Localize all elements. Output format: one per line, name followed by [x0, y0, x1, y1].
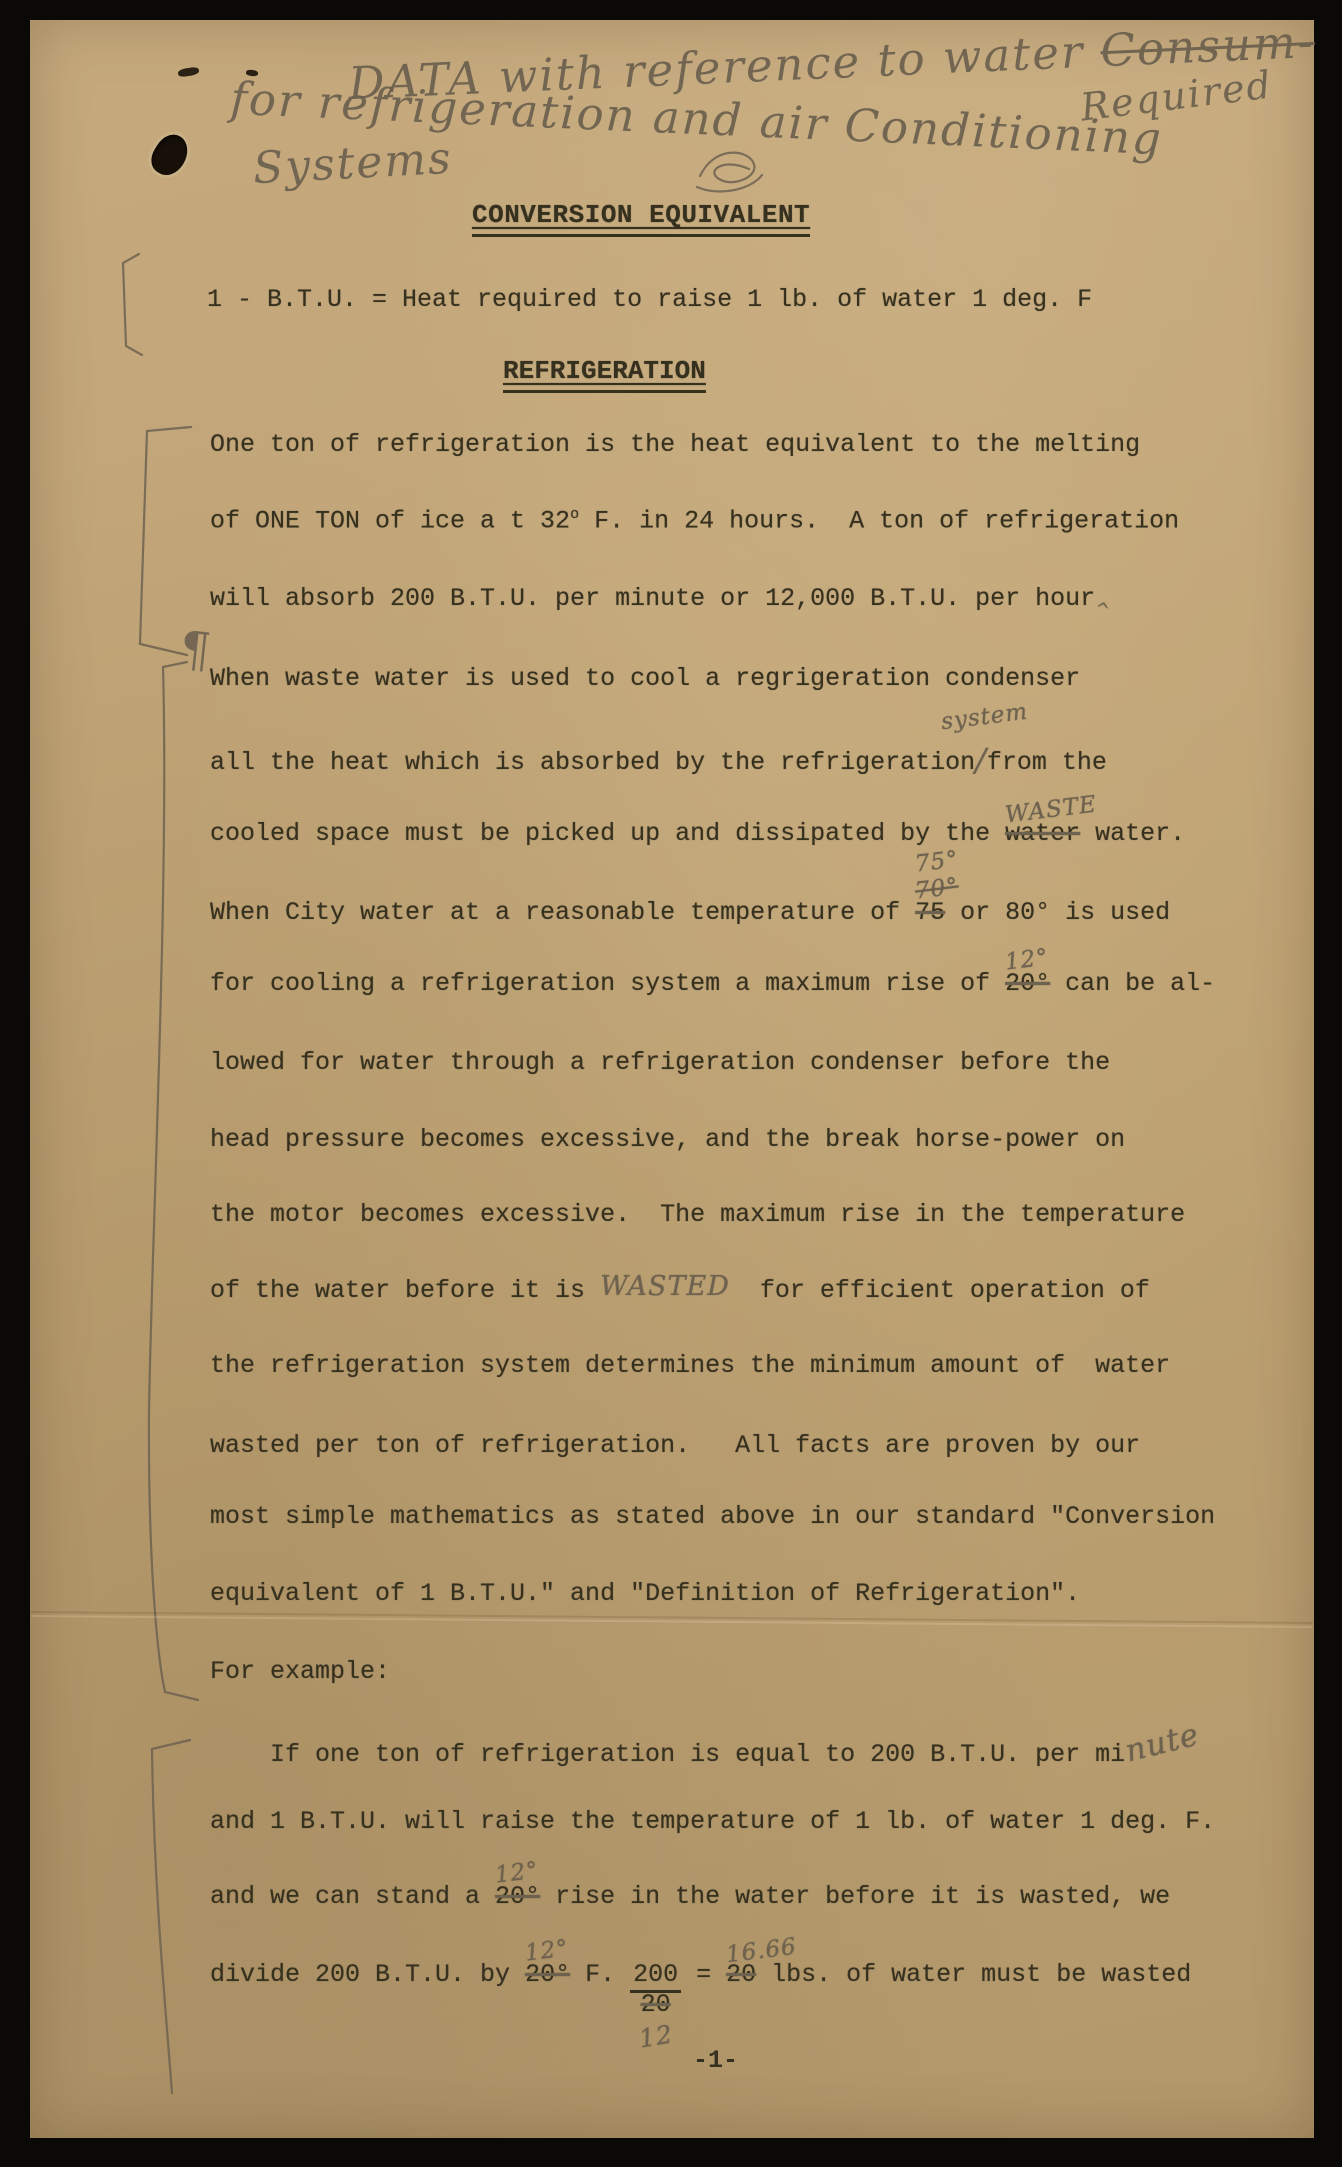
typed-text: of ONE TON of ice a t 32 [210, 506, 570, 535]
typed-text: lbs. of water must be wasted [756, 1960, 1191, 1989]
typed-text: When City water at a reasonable temperat… [210, 898, 915, 927]
typed-text: When waste water is used to cool a regri… [210, 664, 1080, 693]
typed-text: and 1 B.T.U. will raise the temperature … [210, 1807, 1215, 1836]
pencil-correction-above: 12° [495, 1860, 539, 1886]
document-title: CONVERSION EQUIVALENT [472, 200, 810, 237]
typed-text: If one ton of refrigeration is equal to … [270, 1740, 1125, 1769]
typed-text: o [570, 506, 579, 523]
pencil-struck-correction: 70° [914, 873, 961, 905]
pencil-correction-above: 75°70° [915, 849, 959, 902]
scan-background: DATA with reference to water Consum- Req… [0, 0, 1342, 2167]
pencil-correction: system [940, 698, 1030, 735]
typed-line-12: of the water before it is WASTED for eff… [210, 1275, 1150, 1303]
typed-text: the refrigeration system determines the … [210, 1351, 1170, 1380]
annotated-segment: 2016.66 [726, 1962, 756, 1987]
handwritten-struck-word: Consum- [1099, 15, 1316, 77]
typed-line-20: and we can stand a 20°12° rise in the wa… [210, 1884, 1170, 1909]
annotated-segment: 7575°70° [915, 900, 945, 925]
pencil-correction-above: 12° [1005, 947, 1049, 973]
typed-line-5: all the heat which is absorbed by the re… [210, 742, 1107, 775]
pencil-correction: 12° [524, 1935, 571, 1967]
pencil-correction-above: system [941, 704, 1028, 730]
typed-line-3: will absorb 200 B.T.U. per minute or 12,… [210, 586, 1110, 611]
typed-text: or 80° is used [945, 898, 1170, 927]
typed-line-13: the refrigeration system determines the … [210, 1353, 1170, 1378]
btu-definition-line: 1 - B.T.U. = Heat required to raise 1 lb… [207, 285, 1092, 314]
typed-line-14: wasted per ton of refrigeration. All fac… [210, 1433, 1140, 1458]
pencil-correction: WASTE [1004, 791, 1099, 828]
typed-line-21: divide 200 B.T.U. by 20°12° F. 2002012 =… [210, 1962, 1191, 1993]
typed-text: wasted per ton of refrigeration. All fac… [210, 1431, 1140, 1460]
typed-text: One ton of refrigeration is the heat equ… [210, 430, 1140, 459]
typed-text: head pressure becomes excessive, and the… [210, 1125, 1125, 1154]
typed-line-7: When City water at a reasonable temperat… [210, 900, 1170, 925]
typed-text: F. in 24 hours. A ton of refrigeration [579, 506, 1179, 535]
typed-text: cooled space must be picked up and dissi… [210, 819, 1005, 848]
typed-line-10: head pressure becomes excessive, and the… [210, 1127, 1125, 1152]
typed-text: lowed for water through a refrigeration … [210, 1048, 1110, 1077]
typed-text: will absorb 200 B.T.U. per minute or 12,… [210, 584, 1095, 613]
annotated-segment: 20°12° [1005, 971, 1050, 996]
pencil-correction: 12 [637, 2022, 674, 2052]
pencil-correction: 16.66 [725, 1933, 799, 1968]
page-number: -1- [693, 2046, 738, 2075]
pencil-correction-above: 12° [525, 1938, 569, 1964]
pencil-correction-above: 16.66 [726, 1938, 797, 1964]
typed-line-9: lowed for water through a refrigeration … [210, 1050, 1110, 1075]
typed-text: water. [1080, 819, 1185, 848]
typed-line-8: for cooling a refrigeration system a max… [210, 971, 1215, 996]
typed-line-15: most simple mathematics as stated above … [210, 1504, 1215, 1529]
pencil-correction-above: WASTE [1005, 797, 1097, 823]
typed-line-11: the motor becomes excessive. The maximum… [210, 1202, 1185, 1227]
typed-line-2: of ONE TON of ice a t 32o F. in 24 hours… [210, 507, 1179, 533]
typed-line-6: cooled space must be picked up and dissi… [210, 821, 1185, 846]
pencil-correction: 12° [494, 1857, 541, 1889]
typed-text: F. [570, 1960, 630, 1989]
typed-text: equivalent of 1 B.T.U." and "Definition … [210, 1579, 1080, 1608]
typed-text: the motor becomes excessive. The maximum… [210, 1200, 1185, 1229]
handwritten-note-line3: Systems [252, 133, 454, 194]
typed-line-4: When waste water is used to cool a regri… [210, 666, 1080, 691]
typed-line-19: and 1 B.T.U. will raise the temperature … [210, 1809, 1215, 1834]
typed-text: = [681, 1960, 726, 1989]
typed-text: divide 200 B.T.U. by [210, 1960, 525, 1989]
typed-text: for efficient operation of [730, 1276, 1150, 1305]
paper-tear-hole [145, 129, 194, 182]
annotated-segment: 20°12° [495, 1884, 540, 1909]
paragraph-pencil-mark: ¶ [177, 621, 213, 680]
typed-text: For example: [210, 1657, 390, 1686]
typed-line-17: For example: [210, 1659, 390, 1684]
pencil-annotation: WASTED [600, 1271, 730, 1302]
typed-text: of the water before it is [210, 1276, 600, 1305]
typed-fraction: 2002012 [630, 1962, 681, 1993]
typed-text: most simple mathematics as stated above … [210, 1502, 1215, 1531]
typed-text: can be al- [1050, 969, 1215, 998]
pencil-correction: 12° [1004, 944, 1051, 976]
pencil-annotation: / [975, 741, 987, 779]
typed-text: rise in the water before it is wasted, w… [540, 1882, 1170, 1911]
typed-line-16: equivalent of 1 B.T.U." and "Definition … [210, 1581, 1080, 1606]
typed-text: for cooling a refrigeration system a max… [210, 969, 1005, 998]
fraction-numerator: 200 [630, 1962, 681, 1993]
annotated-segment: 20°12° [525, 1962, 570, 1987]
annotated-segment: waterWASTE [1005, 821, 1080, 846]
section-heading: REFRIGERATION [503, 356, 706, 393]
fraction-denominator-struck: 20 [641, 1992, 671, 2017]
staple-mark-left [177, 66, 199, 78]
typed-line-1: One ton of refrigeration is the heat equ… [210, 432, 1140, 457]
typed-line-18: If one ton of refrigeration is equal to … [270, 1736, 1200, 1767]
typed-text: all the heat which is absorbed by the re… [210, 748, 975, 777]
annotated-segment: /system [975, 742, 987, 775]
typed-text: and we can stand a [210, 1882, 495, 1911]
typed-text: from the [987, 748, 1107, 777]
